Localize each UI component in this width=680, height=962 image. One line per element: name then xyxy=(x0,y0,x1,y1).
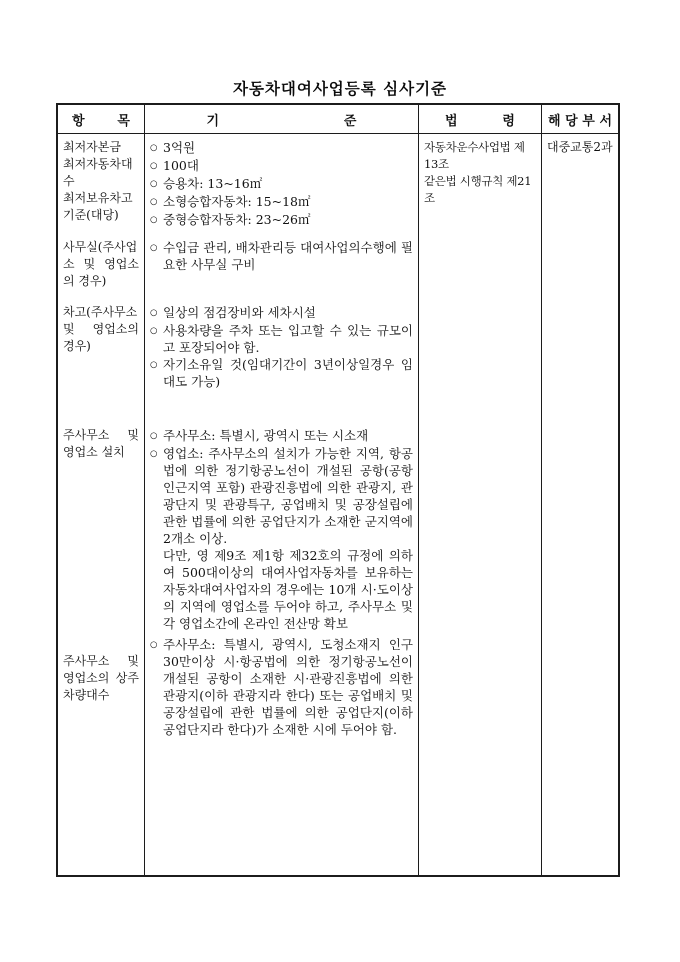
bullet-icon: ○ xyxy=(150,356,163,390)
dept-cell-empty xyxy=(542,427,618,636)
header-law: 법 령 xyxy=(419,105,542,133)
item-line: 최저보유차고 xyxy=(63,190,139,207)
criteria-text: 사용차량을 주차 또는 입고할 수 있는 규모이고 포장되어야 함. xyxy=(163,322,413,356)
criteria-text: 다만, 영 제9조 제1항 제32호의 규정에 의하여 500대이상의 대여사업… xyxy=(163,547,413,632)
bullet-icon: ○ xyxy=(150,427,163,445)
criteria-paragraph: ○ 소형승합자동차: 15~18㎡ xyxy=(150,193,413,211)
criteria-paragraph: ○ 승용차: 13~16㎡ xyxy=(150,175,413,193)
header-criteria: 기 준 xyxy=(145,105,419,133)
criteria-text: 일상의 점검장비와 세차시설 xyxy=(163,304,413,322)
criteria-text: 수입금 관리, 배차관리등 대여사업의수행에 필요한 사무실 구비 xyxy=(163,239,413,273)
criteria-paragraph: ○ 100대 xyxy=(150,157,413,175)
item-line: 최저자동차대수 xyxy=(63,156,139,190)
criteria-text: 자기소유일 것(임대기간이 3년이상일경우 임대도 가능) xyxy=(163,356,413,390)
criteria-cell-office: ○ 수입금 관리, 배차관리등 대여사업의수행에 필요한 사무실 구비 xyxy=(145,239,419,304)
criteria-text: 주사무소: 특별시, 광역시, 도청소재지 인구 30만이상 시·항공법에 의한… xyxy=(163,636,413,738)
item-line: 최저자본금 xyxy=(63,139,139,156)
criteria-paragraph: ○ 사용차량을 주차 또는 입고할 수 있는 규모이고 포장되어야 함. xyxy=(150,322,413,356)
table-body: 최저자본금 최저자동차대수 최저보유차고 기준(대당) ○ 3억원 ○ 100대 xyxy=(58,134,618,875)
header-dept-label: 해 당 부 서 xyxy=(548,110,612,129)
criteria-paragraph: ○ 일상의 점검장비와 세차시설 xyxy=(150,304,413,322)
bullet-icon: ○ xyxy=(150,175,163,193)
item-line: 차고(주사무소 xyxy=(63,304,139,321)
criteria-text: 주사무소: 특별시, 광역시 또는 시소재 xyxy=(163,427,413,445)
law-cell-empty xyxy=(419,239,542,304)
item-line: 경우) xyxy=(63,338,139,355)
bullet-icon: ○ xyxy=(150,445,163,547)
item-line: 차량대수 xyxy=(63,687,139,704)
table-header-row: 항 목 기 준 법 령 해 당 부 서 xyxy=(58,105,618,134)
document-page: 자동차대여사업등록 심사기준 항 목 기 준 법 령 해 당 부 서 최저자본금… xyxy=(0,0,680,962)
table-row-office-establishment: 주사무소 및 영업소 설치 ○ 주사무소: 특별시, 광역시 또는 시소재 ○ … xyxy=(58,427,618,636)
bullet-icon: ○ xyxy=(150,304,163,322)
item-cell-office: 사무실(주사업 소 및 영업소 의 경우) xyxy=(58,239,145,304)
law-cell-empty xyxy=(419,427,542,636)
criteria-paragraph: ○ 중형승합자동차: 23~26㎡ xyxy=(150,211,413,229)
criteria-paragraph: ○ 3억원 xyxy=(150,139,413,157)
header-item-label: 항 목 xyxy=(72,110,130,129)
law-cell: 자동차운수사업법 제13조 같은법 시행규칙 제21조 xyxy=(419,134,542,239)
criteria-cell-office-establishment: ○ 주사무소: 특별시, 광역시 또는 시소재 ○ 영업소: 주사무소의 설치가… xyxy=(145,427,419,636)
criteria-paragraph: 다만, 영 제9조 제1항 제32호의 규정에 의하여 500대이상의 대여사업… xyxy=(150,547,413,632)
item-line: 주사무소 및 xyxy=(63,427,139,444)
item-line: 영업소 설치 xyxy=(63,444,139,461)
law-cell-empty xyxy=(419,738,542,875)
bullet-icon xyxy=(150,547,163,632)
dept-cell-empty xyxy=(542,738,618,875)
criteria-text: 소형승합자동차: 15~18㎡ xyxy=(163,193,413,211)
criteria-cell-garage: ○ 일상의 점검장비와 세차시설 ○ 사용차량을 주차 또는 입고할 수 있는 … xyxy=(145,304,419,427)
criteria-text: 승용차: 13~16㎡ xyxy=(163,175,413,193)
table-row-office: 사무실(주사업 소 및 영업소 의 경우) ○ 수입금 관리, 배차관리등 대여… xyxy=(58,239,618,304)
table-row-minimum-standards: 최저자본금 최저자동차대수 최저보유차고 기준(대당) ○ 3억원 ○ 100대 xyxy=(58,134,618,239)
item-line: 사무실(주사업 xyxy=(63,239,139,256)
table-row-resident-vehicles: 주사무소 및 영업소의 상주 차량대수 ○ 주사무소: 특별시, 광역시, 도청… xyxy=(58,636,618,738)
header-law-label: 법 령 xyxy=(445,110,515,129)
item-cell-garage: 차고(주사무소 및 영업소의 경우) xyxy=(58,304,145,427)
bullet-icon: ○ xyxy=(150,239,163,273)
criteria-paragraph: ○ 영업소: 주사무소의 설치가 가능한 지역, 항공법에 의한 정기항공노선이… xyxy=(150,445,413,547)
bullet-icon: ○ xyxy=(150,636,163,738)
criteria-cell-minimum-standards: ○ 3억원 ○ 100대 ○ 승용차: 13~16㎡ ○ 소형승합자동차: 15… xyxy=(145,134,419,239)
bullet-icon: ○ xyxy=(150,322,163,356)
item-line: 의 경우) xyxy=(63,273,139,290)
item-cell-resident-vehicles: 주사무소 및 영업소의 상주 차량대수 xyxy=(58,636,145,738)
item-line: 소 및 영업소 xyxy=(63,256,139,273)
item-line: 영업소의 상주 xyxy=(63,670,139,687)
item-line: 기준(대당) xyxy=(63,207,139,224)
criteria-cell-empty xyxy=(145,738,419,875)
criteria-paragraph: ○ 주사무소: 특별시, 광역시 또는 시소재 xyxy=(150,427,413,445)
criteria-paragraph: ○ 주사무소: 특별시, 광역시, 도청소재지 인구 30만이상 시·항공법에 … xyxy=(150,636,413,738)
bullet-icon: ○ xyxy=(150,139,163,157)
criteria-text: 영업소: 주사무소의 설치가 가능한 지역, 항공법에 의한 정기항공노선이 개… xyxy=(163,445,413,547)
law-cell-empty xyxy=(419,304,542,427)
criteria-paragraph: ○ 수입금 관리, 배차관리등 대여사업의수행에 필요한 사무실 구비 xyxy=(150,239,413,273)
table-row-filler xyxy=(58,738,618,875)
dept-cell-empty xyxy=(542,636,618,738)
header-dept: 해 당 부 서 xyxy=(542,105,618,133)
item-cell-empty xyxy=(58,738,145,875)
bullet-icon: ○ xyxy=(150,211,163,229)
bullet-icon: ○ xyxy=(150,193,163,211)
header-criteria-label: 기 준 xyxy=(207,110,357,129)
criteria-table: 항 목 기 준 법 령 해 당 부 서 최저자본금 최저자동차대수 최저보유차고… xyxy=(56,103,620,877)
dept-cell-empty xyxy=(542,304,618,427)
criteria-text: 중형승합자동차: 23~26㎡ xyxy=(163,211,413,229)
table-row-garage: 차고(주사무소 및 영업소의 경우) ○ 일상의 점검장비와 세차시설 ○ 사용… xyxy=(58,304,618,427)
bullet-icon: ○ xyxy=(150,157,163,175)
item-line: 주사무소 및 xyxy=(63,653,139,670)
item-cell-minimum-standards: 최저자본금 최저자동차대수 최저보유차고 기준(대당) xyxy=(58,134,145,239)
item-line: 및 영업소의 xyxy=(63,321,139,338)
criteria-paragraph: ○ 자기소유일 것(임대기간이 3년이상일경우 임대도 가능) xyxy=(150,356,413,390)
dept-cell-empty xyxy=(542,239,618,304)
page-title: 자동차대여사업등록 심사기준 xyxy=(0,77,680,99)
item-cell-office-establishment: 주사무소 및 영업소 설치 xyxy=(58,427,145,636)
dept-cell: 대중교통2과 xyxy=(542,134,618,239)
criteria-text: 3억원 xyxy=(163,139,413,157)
law-cell-empty xyxy=(419,636,542,738)
criteria-text: 100대 xyxy=(163,157,413,175)
header-item: 항 목 xyxy=(58,105,145,133)
criteria-cell-resident-vehicles: ○ 주사무소: 특별시, 광역시, 도청소재지 인구 30만이상 시·항공법에 … xyxy=(145,636,419,738)
